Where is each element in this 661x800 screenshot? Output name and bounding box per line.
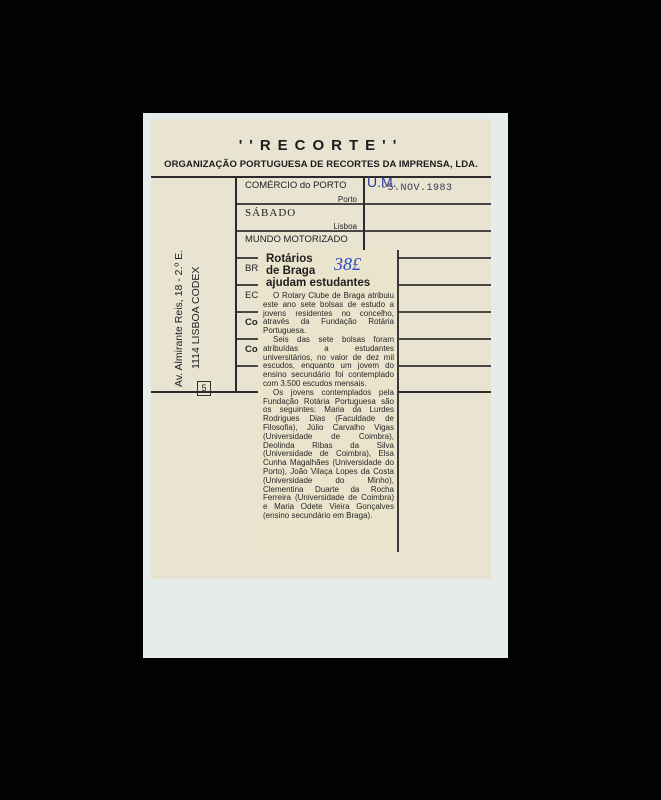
form-subtitle: ORGANIZAÇÃO PORTUGUESA DE RECORTES DA IM… [151, 159, 491, 170]
publication-row: COMÉRCIO do PORTO Porto [235, 176, 363, 202]
paragraph: Os jovens contemplados pela Fundação Rot… [263, 389, 394, 521]
address-line-1: Av. Almirante Reis, 18 - 2.º E. [171, 250, 188, 387]
box-number: 5 [197, 381, 211, 396]
stamp-date: -5.NOV.1983 [381, 183, 453, 194]
article-body: O Rotary Clube de Braga atribuiu este an… [263, 292, 394, 521]
address: Av. Almirante Reis, 18 - 2.º E. 1114 LIS… [171, 250, 205, 387]
address-line-2: 1114 LISBOA CODEX [188, 250, 205, 387]
paragraph: Seis das sete bolsas foram atribuídas a … [263, 336, 394, 389]
handwritten-number: 38£ [334, 254, 361, 275]
publication-row: SÁBADO Lisboa [235, 203, 363, 229]
paragraph: O Rotary Clube de Braga atribuiu este an… [263, 292, 394, 336]
newspaper-clipping: Rotários de Braga ajudam estudantes 38£ … [258, 250, 399, 552]
form-title: ''RECORTE'' [151, 137, 491, 154]
